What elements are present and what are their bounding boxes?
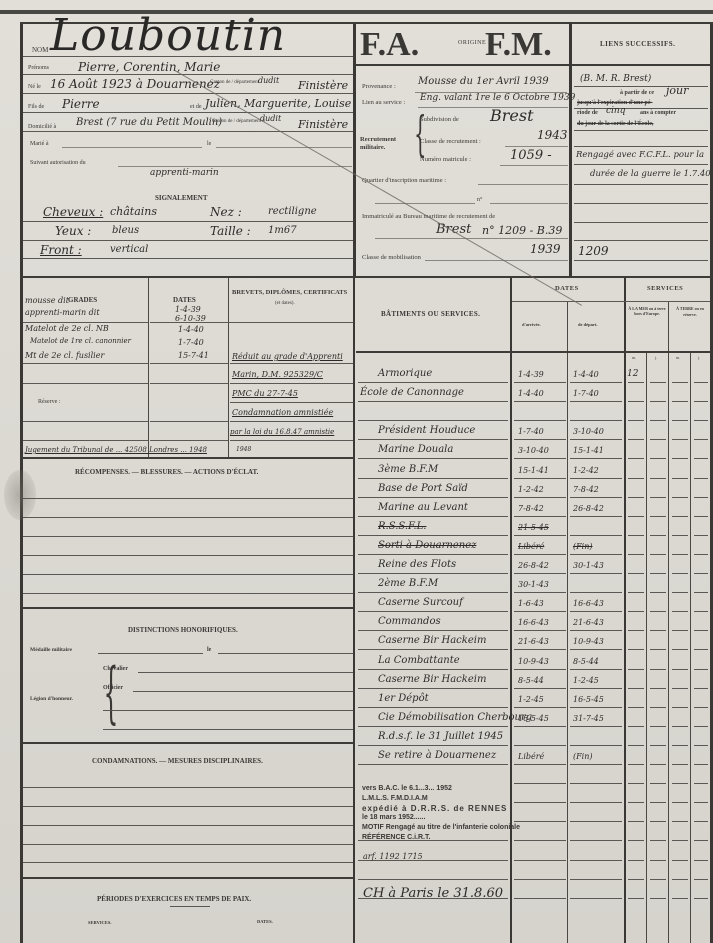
table-cell-rule: [628, 649, 644, 650]
dates-col-divider: [228, 278, 229, 458]
rule: [571, 64, 710, 66]
paper-stain: [4, 470, 36, 520]
table-cell-rule: [570, 630, 622, 631]
table-row-rule: [358, 420, 508, 421]
table-cell-rule: [628, 802, 644, 803]
liens-line2-hand: jour: [666, 84, 688, 97]
rule: [230, 383, 353, 384]
table-cell-rule: [672, 802, 688, 803]
table-cell-rule: [650, 726, 666, 727]
table-cell-rule: [694, 382, 708, 383]
table-cell-rule: [672, 860, 688, 861]
height-label: Taille :: [210, 224, 251, 238]
domicile-label: Domicilié à: [28, 124, 56, 130]
rule: [23, 806, 353, 807]
table-row-rule: [358, 630, 508, 631]
rule: [216, 147, 352, 148]
mer-m-header: m.: [632, 355, 636, 360]
table-cell-rule: [694, 669, 708, 670]
rule: [23, 607, 353, 609]
table-cell-rule: [628, 669, 644, 670]
grade-date-0: 1-4-39: [175, 305, 201, 314]
service-name: Caserne Surcouf: [378, 597, 463, 608]
rule: [23, 56, 353, 57]
service-depart: (Fin): [573, 542, 593, 551]
service-name: Se retire à Douarnenez: [378, 750, 496, 761]
table-row-rule: [358, 497, 508, 498]
liens-line6: Rengagé avec F.C.F.L. pour la: [576, 150, 704, 160]
table-cell-rule: [694, 898, 708, 899]
table-cell-rule: [650, 478, 666, 479]
table-cell-rule: [570, 764, 622, 765]
service-depart: 26-8-42: [573, 504, 604, 513]
service-name: Marine Douala: [378, 444, 453, 455]
table-cell-rule: [514, 688, 566, 689]
service-name: Armorique: [378, 368, 432, 379]
services-col-mer-j: [646, 353, 647, 943]
stamp-line-8: CH à Paris le 31.8.60: [363, 886, 503, 901]
stamp-line-2: L.M.L.S. F.M.D.I.A.M: [362, 794, 520, 804]
table-cell-rule: [694, 707, 708, 708]
table-cell-rule: [628, 898, 644, 899]
hair-label: Cheveux :: [43, 205, 103, 219]
service-depart: 21-6-43: [573, 618, 604, 627]
fa-mark: F.A.: [360, 26, 419, 64]
table-cell-rule: [650, 783, 666, 784]
table-cell-rule: [650, 649, 666, 650]
rule: [23, 844, 353, 845]
table-cell-rule: [694, 726, 708, 727]
table-cell-rule: [570, 860, 622, 861]
table-row-rule: [358, 649, 508, 650]
liens-line4: riode de: [577, 110, 598, 116]
stamp-line-7: arf. 1192 1715: [363, 852, 423, 861]
service-depart: 1-2-45: [573, 676, 599, 685]
table-cell-rule: [628, 745, 644, 746]
service-depart: 30-1-43: [573, 561, 604, 570]
father-value: Pierre: [62, 97, 100, 111]
table-cell-rule: [694, 458, 708, 459]
table-cell-rule: [694, 688, 708, 689]
table-cell-rule: [672, 649, 688, 650]
stamp-line-6: RÉFÉRENCE C.i.R.T.: [362, 833, 520, 843]
mobilisation-value-2: 1209: [578, 244, 609, 258]
table-cell-rule: [650, 860, 666, 861]
table-cell-rule: [628, 401, 644, 402]
table-cell-rule: [514, 764, 566, 765]
table-cell-rule: [570, 898, 622, 899]
table-cell-rule: [672, 573, 688, 574]
table-cell-rule: [650, 898, 666, 899]
classe-value: 1943: [537, 128, 568, 142]
table-cell-rule: [514, 707, 566, 708]
rule: [230, 402, 353, 403]
table-row-rule: [358, 726, 508, 727]
service-name: Caserne Bir Hackeim: [378, 674, 486, 685]
table-cell-rule: [672, 458, 688, 459]
brevets-header: BREVETS, DIPLÔMES, CERTIFICATS: [232, 289, 347, 296]
liens-line1: (B. M. R. Brest): [580, 74, 651, 84]
table-cell-rule: [694, 401, 708, 402]
table-cell-rule: [628, 535, 644, 536]
rule: [505, 146, 568, 147]
table-cell-rule: [650, 592, 666, 593]
table-cell-rule: [650, 611, 666, 612]
service-mer-months: 12: [627, 369, 638, 379]
table-cell-rule: [514, 821, 566, 822]
table-cell-rule: [514, 554, 566, 555]
profession-value: apprenti-marin: [150, 168, 219, 178]
table-cell-rule: [514, 458, 566, 459]
table-cell-rule: [570, 516, 622, 517]
table-cell-rule: [514, 516, 566, 517]
table-row-rule: [358, 688, 508, 689]
mid-frame-border: [353, 22, 356, 278]
rule: [228, 322, 353, 323]
rule: [375, 203, 475, 204]
grade-row-2: Matelot de 2e cl. NB: [25, 324, 109, 333]
rule: [574, 203, 708, 204]
liens-border: [569, 22, 572, 278]
table-cell-rule: [628, 478, 644, 479]
rule: [23, 221, 353, 222]
marie-label: Marié à: [30, 141, 49, 147]
table-cell-rule: [650, 688, 666, 689]
table-cell-rule: [570, 840, 622, 841]
rule: [23, 498, 353, 499]
table-row-rule: [358, 535, 508, 536]
service-depart: 16-5-45: [573, 695, 604, 704]
grade-row-0: mousse dit: [25, 296, 69, 305]
canton-value: dudit: [258, 76, 279, 85]
rule: [23, 593, 353, 594]
table-cell-rule: [570, 592, 622, 593]
service-depart: 16-6-43: [573, 599, 604, 608]
terre-header: À TERRE ou en réserve.: [672, 306, 708, 318]
table-cell-rule: [650, 516, 666, 517]
table-cell-rule: [650, 764, 666, 765]
service-name: Cie Démobilisation Cherbourg: [378, 712, 532, 723]
rule: [574, 146, 708, 147]
service-name: Reine des Flots: [378, 559, 456, 570]
table-row-rule: [358, 592, 508, 593]
brevets-line-4: par la loi du 16.8.47 amnistie: [230, 428, 334, 436]
table-cell-rule: [694, 764, 708, 765]
rule: [574, 260, 708, 261]
table-cell-rule: [570, 573, 622, 574]
table-cell-rule: [694, 745, 708, 746]
legion-label: Légion d'honneur.: [30, 696, 73, 702]
table-cell-rule: [514, 573, 566, 574]
table-cell-rule: [694, 516, 708, 517]
brevets-line-3: Condamnation amnistiée: [232, 408, 333, 417]
rule: [23, 555, 353, 556]
table-cell-rule: [628, 783, 644, 784]
section-divider: [20, 276, 713, 278]
canton-label: Canton de / département: [210, 80, 259, 85]
mer-j-header: j.: [655, 355, 657, 360]
service-name: R.S.S.F.L.: [378, 521, 426, 532]
table-cell-rule: [570, 821, 622, 822]
liens-heading: LIENS SUCCESSIFS.: [600, 40, 675, 48]
table-cell-rule: [672, 382, 688, 383]
table-cell-rule: [672, 898, 688, 899]
mer-header: À LA MER ou à terre hors d'Europe.: [628, 306, 666, 316]
table-cell-rule: [570, 458, 622, 459]
table-cell-rule: [650, 879, 666, 880]
table-cell-rule: [570, 783, 622, 784]
table-row-rule: [358, 669, 508, 670]
rule: [103, 729, 353, 730]
rule: [150, 421, 228, 422]
provenance-value: Mousse du 1er Avril 1939: [418, 76, 549, 87]
autorisation-label: Suivant autorisation du: [30, 160, 86, 166]
rule: [218, 653, 353, 654]
table-cell-rule: [514, 439, 566, 440]
table-cell-rule: [694, 611, 708, 612]
reserve-label: Réserve :: [38, 399, 61, 405]
rule: [23, 240, 353, 241]
table-row-rule: [358, 478, 508, 479]
table-cell-rule: [694, 592, 708, 593]
rule: [356, 64, 571, 66]
table-cell-rule: [570, 439, 622, 440]
fils-de-label: Fils de: [28, 104, 44, 110]
table-cell-rule: [570, 554, 622, 555]
terre-m-header: m.: [676, 355, 680, 360]
table-cell-rule: [672, 420, 688, 421]
table-row-rule: [358, 439, 508, 440]
rule: [23, 742, 353, 744]
rule: [138, 672, 353, 673]
departement-value: Finistère: [298, 79, 348, 92]
grade-date-3: 1-7-40: [178, 338, 204, 347]
recompenses-heading: RÉCOMPENSES. — BLESSURES. — ACTIONS D'ÉC…: [75, 468, 258, 476]
table-cell-rule: [672, 707, 688, 708]
table-cell-rule: [628, 573, 644, 574]
service-name: R.d.s.f. le 31 Juillet 1945: [378, 731, 503, 742]
service-arrivee: 1-4-39: [518, 370, 544, 379]
table-cell-rule: [650, 573, 666, 574]
table-cell-rule: [514, 726, 566, 727]
table-cell-rule: [570, 688, 622, 689]
table-cell-rule: [628, 630, 644, 631]
service-name: 1er Dépôt: [378, 693, 429, 704]
lien-value: Eng. valant 1re le 6 Octobre 1939: [420, 93, 575, 103]
batiments-header: BÂTIMENTS OU SERVICES.: [381, 310, 480, 318]
table-cell-rule: [628, 497, 644, 498]
table-cell-rule: [628, 726, 644, 727]
periodes-services-col: SERVICES.: [88, 920, 111, 925]
grade-row-3: Matelot de 1re cl. canonnier: [30, 337, 131, 345]
table-cell-rule: [514, 783, 566, 784]
subdivision-value: Brest: [490, 106, 534, 125]
table-cell-rule: [694, 554, 708, 555]
periodes-dates-col: DATES.: [257, 919, 273, 924]
hair-value: châtains: [110, 205, 157, 218]
table-row-rule: [358, 573, 508, 574]
service-depart: 1-2-42: [573, 466, 599, 475]
center-divider: [353, 278, 355, 943]
stamp-line-3: expédié à D.R.R.S. de RENNES: [362, 804, 520, 814]
depart-header: de départ.: [578, 322, 598, 327]
table-cell-rule: [672, 478, 688, 479]
table-cell-rule: [514, 745, 566, 746]
rule: [118, 166, 352, 167]
rule: [574, 108, 708, 109]
stamp-line-4: le 18 mars 1952......: [362, 813, 520, 823]
table-cell-rule: [650, 401, 666, 402]
service-name: 2ème B.F.M: [378, 578, 438, 589]
rule: [230, 421, 353, 422]
service-name: Base de Port Saïd: [378, 483, 468, 494]
quartier-no-label: n°: [477, 197, 482, 203]
officier-label: Officier: [103, 685, 123, 691]
rule: [62, 147, 202, 148]
table-cell-rule: [514, 802, 566, 803]
chevalier-label: Chevalier: [103, 666, 128, 672]
rule: [574, 222, 708, 223]
rule: [23, 787, 353, 788]
table-cell-rule: [672, 879, 688, 880]
rule: [23, 74, 353, 75]
table-cell-rule: [650, 630, 666, 631]
table-cell-rule: [628, 439, 644, 440]
rule: [574, 184, 708, 185]
table-cell-rule: [570, 497, 622, 498]
rule: [150, 383, 228, 384]
services-header: SERVICES: [647, 285, 683, 292]
table-cell-rule: [694, 879, 708, 880]
grades-footer-note: Jugement du Tribunal de ... 42508 Londre…: [25, 446, 207, 454]
table-cell-rule: [628, 879, 644, 880]
stamp-line-1: vers B.A.C. le 6.1...3... 1952: [362, 784, 520, 794]
table-cell-rule: [672, 821, 688, 822]
brevets-line-2: PMC du 27-7-45: [232, 389, 298, 398]
table-cell-rule: [514, 669, 566, 670]
rule: [133, 691, 353, 692]
medaille-le-label: le: [207, 647, 211, 653]
table-cell-rule: [694, 860, 708, 861]
rule: [23, 825, 353, 826]
table-cell-rule: [694, 630, 708, 631]
table-cell-rule: [672, 535, 688, 536]
table-cell-rule: [570, 745, 622, 746]
table-cell-rule: [672, 611, 688, 612]
table-row-rule: [358, 707, 508, 708]
table-cell-rule: [650, 707, 666, 708]
table-cell-rule: [672, 439, 688, 440]
table-cell-rule: [694, 802, 708, 803]
table-cell-rule: [514, 649, 566, 650]
table-row-rule: [358, 382, 508, 383]
table-cell-rule: [628, 516, 644, 517]
table-cell-rule: [650, 821, 666, 822]
service-name: Commandos: [378, 616, 441, 627]
rule: [150, 322, 228, 323]
service-arrivee: 16-6-43: [518, 618, 549, 627]
table-cell-rule: [514, 535, 566, 536]
table-cell-rule: [694, 840, 708, 841]
service-arrivee: 1-4-40: [518, 389, 544, 398]
grades-col-divider: [148, 278, 149, 458]
eyes-label: Yeux :: [55, 224, 91, 238]
services-col-arrivee: [510, 278, 512, 943]
table-cell-rule: [628, 554, 644, 555]
table-cell-rule: [628, 707, 644, 708]
rule: [230, 440, 353, 441]
table-cell-rule: [628, 840, 644, 841]
rule: [478, 184, 568, 185]
table-cell-rule: [570, 420, 622, 421]
table-cell-rule: [650, 420, 666, 421]
table-row-rule: [358, 611, 508, 612]
service-arrivee: 1-6-43: [518, 599, 544, 608]
rule: [20, 457, 355, 459]
rule: [574, 240, 708, 241]
subdivision-label: Subdivision de: [420, 116, 459, 123]
departement2-value: Finistère: [298, 118, 348, 131]
rule: [103, 710, 353, 711]
grade-date-2: 1-4-40: [178, 325, 204, 334]
service-arrivee: 30-1-43: [518, 580, 549, 589]
signalement-heading: SIGNALEMENT: [155, 194, 208, 202]
liens-line4b: ans à compter: [640, 110, 676, 116]
table-cell-rule: [650, 669, 666, 670]
table-cell-rule: [672, 688, 688, 689]
distinctions-heading: DISTINCTIONS HONORIFIQUES.: [128, 626, 238, 634]
origine-label: ORIGINE: [458, 40, 486, 46]
canton2-label: Canton de / département d: [212, 119, 265, 124]
table-cell-rule: [570, 802, 622, 803]
table-cell-rule: [672, 497, 688, 498]
table-cell-rule: [650, 745, 666, 746]
table-cell-rule: [628, 764, 644, 765]
table-row-rule: [358, 401, 508, 402]
arrivee-header: d'arrivée.: [522, 322, 541, 327]
table-cell-rule: [628, 458, 644, 459]
table-cell-rule: [570, 726, 622, 727]
service-arrivee: 1-2-42: [518, 485, 544, 494]
service-record-sheet: NOM Louboutin Prénoms Pierre, Corentin, …: [0, 0, 713, 943]
fm-mark: F.M.: [485, 26, 552, 64]
table-cell-rule: [694, 420, 708, 421]
service-name: Caserne Bir Hackeim: [378, 635, 486, 646]
nose-label: Nez :: [210, 205, 242, 219]
table-cell-rule: [672, 516, 688, 517]
table-row-rule: [358, 745, 508, 746]
table-cell-rule: [628, 420, 644, 421]
service-name: Président Houduce: [378, 425, 475, 436]
service-arrivee: 16-5-45: [518, 714, 549, 723]
rule: [425, 260, 568, 261]
table-cell-rule: [672, 554, 688, 555]
table-cell-rule: [514, 497, 566, 498]
rule: [230, 363, 353, 364]
forehead-value: vertical: [110, 244, 148, 255]
birth-value: 16 Août 1923 à Douarnenez: [50, 77, 220, 91]
service-arrivee: Libéré: [518, 752, 544, 761]
service-depart: 3-10-40: [573, 427, 604, 436]
table-cell-rule: [514, 879, 566, 880]
service-arrivee: 21-5-45: [518, 523, 549, 532]
table-cell-rule: [628, 860, 644, 861]
mobilisation-label: Classe de mobilisation: [362, 254, 421, 261]
liens-line4-hand: cinq: [606, 106, 625, 116]
table-cell-rule: [514, 898, 566, 899]
rule: [23, 131, 353, 132]
service-depart: 7-8-42: [573, 485, 599, 494]
